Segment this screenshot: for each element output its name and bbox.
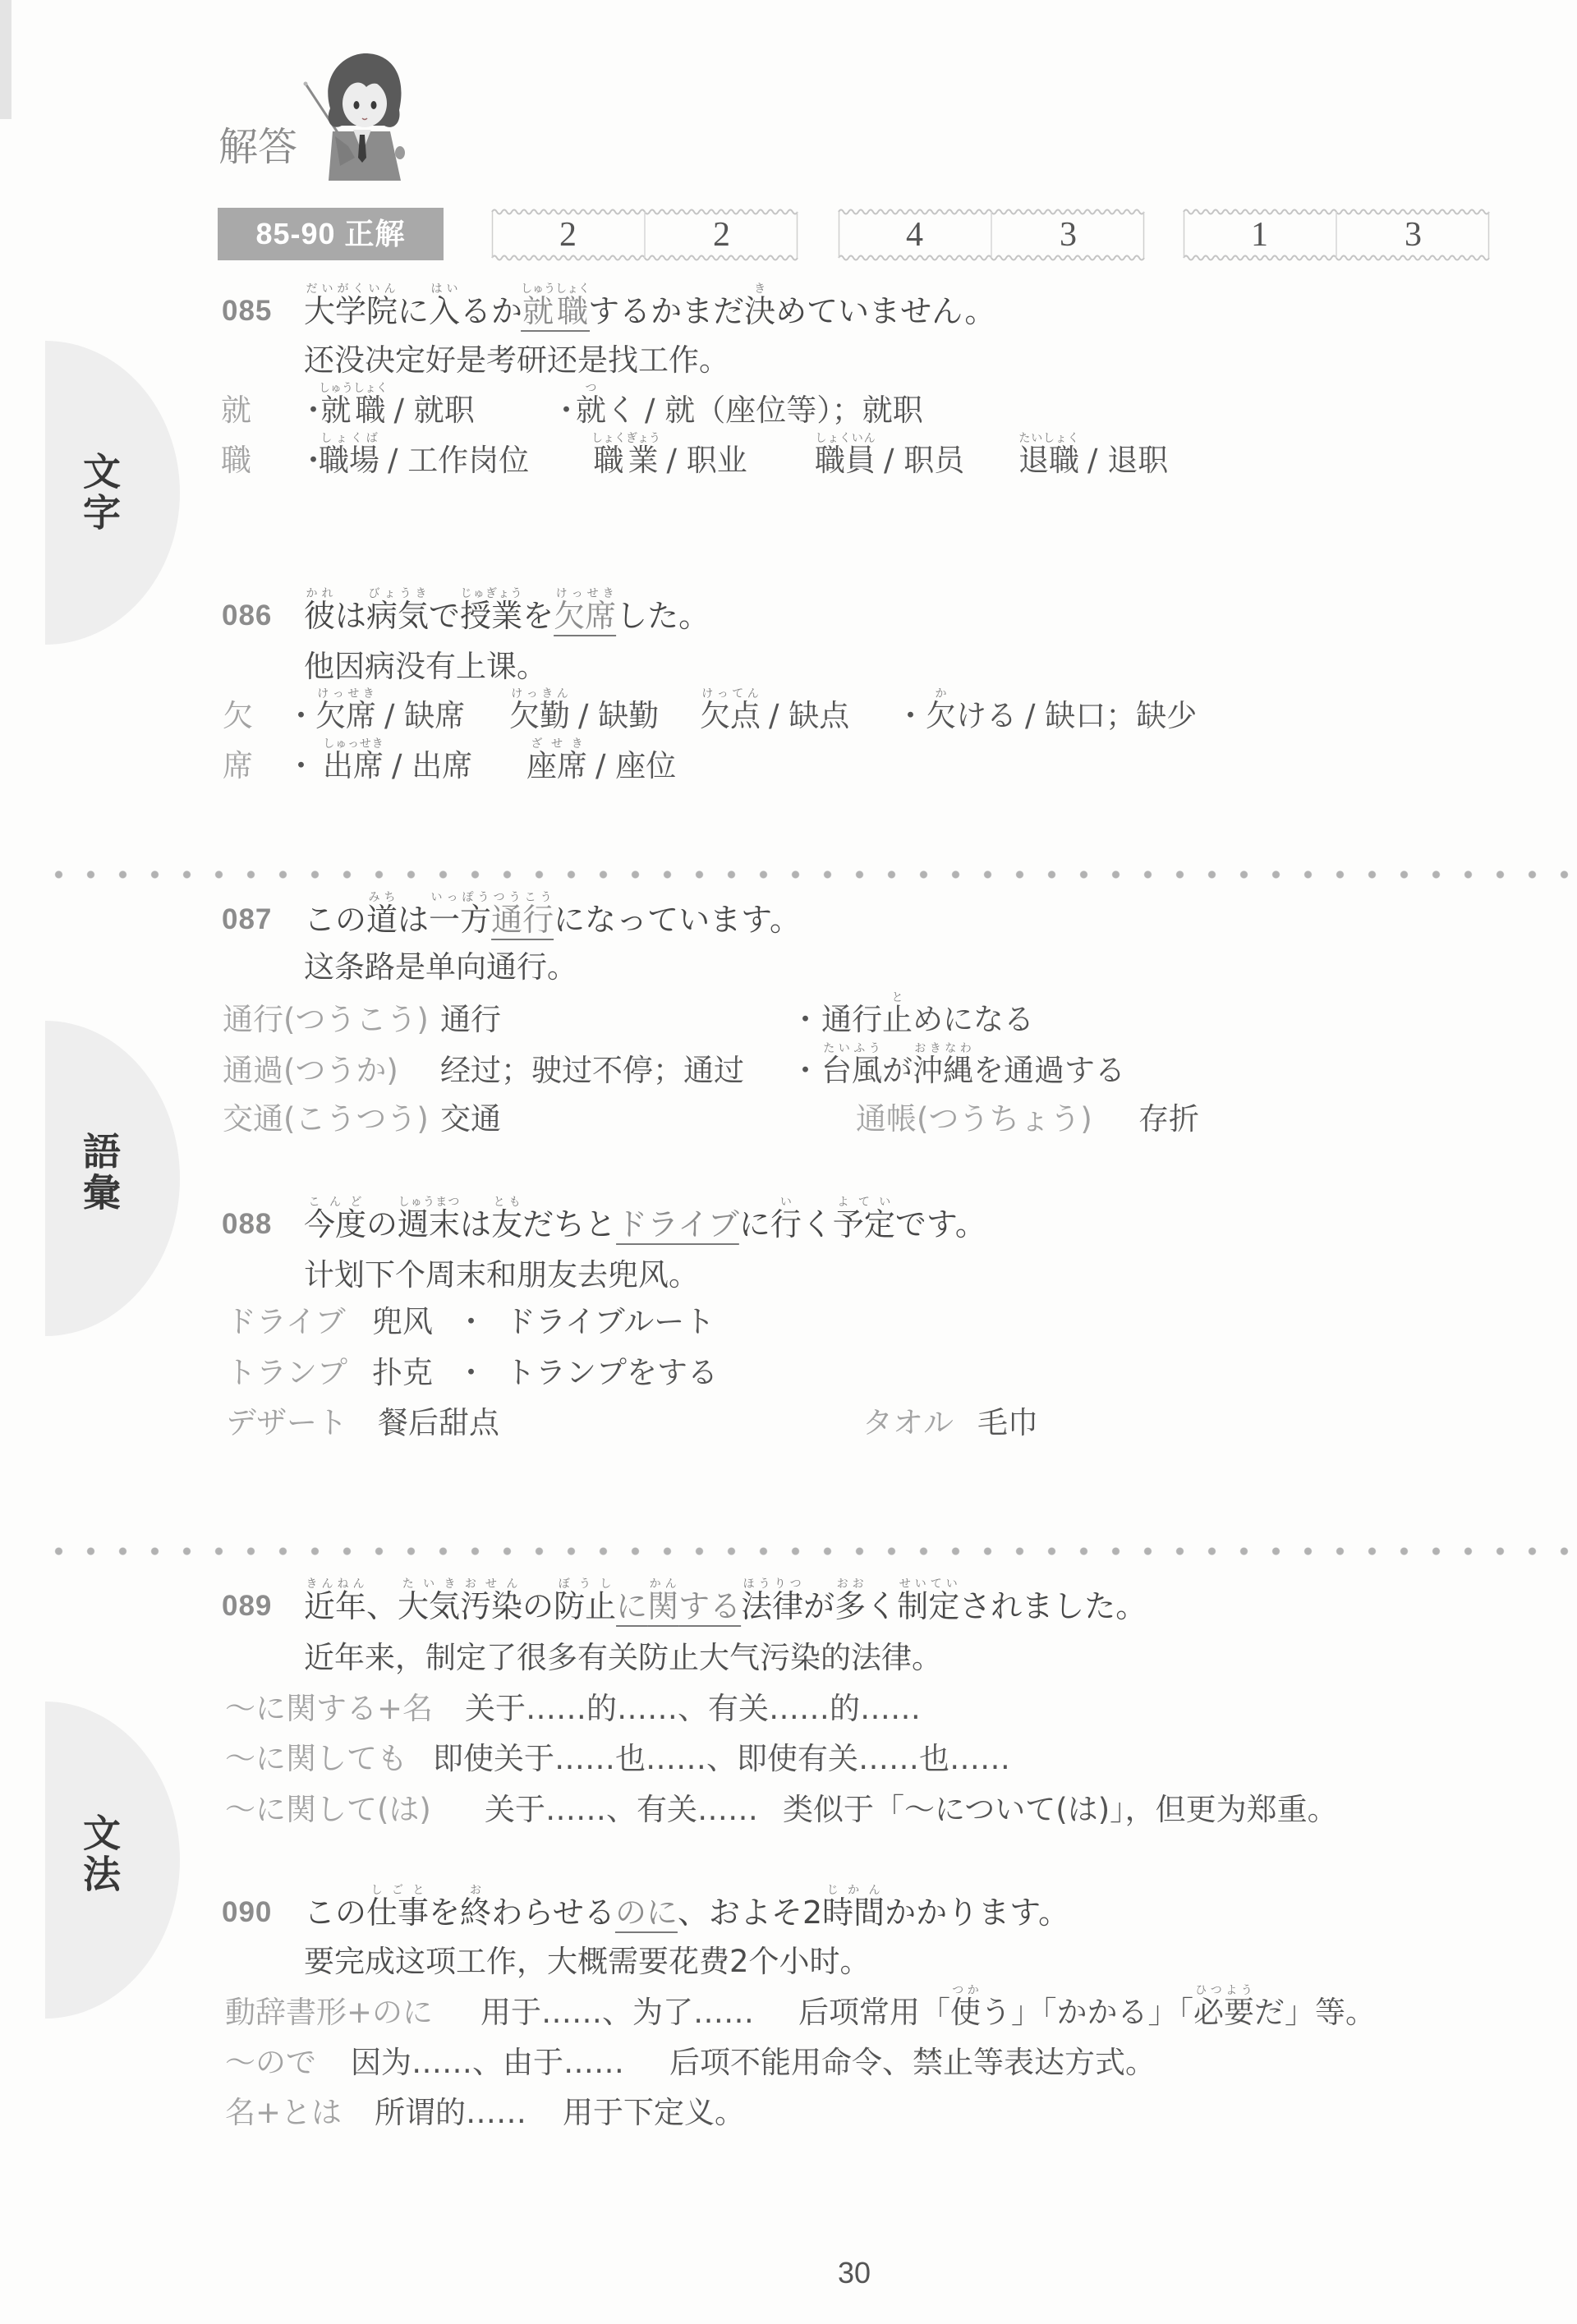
ruby-word: 週末しゅうまつ bbox=[398, 1206, 460, 1242]
target-word: 欠席 bbox=[554, 598, 616, 634]
furigana: しゅっせき bbox=[323, 737, 384, 751]
page-number: 30 bbox=[838, 2254, 871, 2292]
word-text: 終 bbox=[460, 1895, 491, 1931]
ruby-word: 仕事しごと bbox=[366, 1895, 429, 1931]
furigana: けっせき bbox=[554, 587, 616, 600]
furigana: しゅうまつ bbox=[398, 1196, 460, 1209]
word-text: 仕事 bbox=[366, 1895, 429, 1931]
vocab-item: 出席しゅっせき/ 出席 bbox=[323, 735, 472, 797]
vocab-item: 職業しょくぎょう/ 职业 bbox=[591, 429, 747, 492]
word-text: 止 bbox=[882, 1002, 913, 1037]
text: 后项常用「 bbox=[798, 1995, 950, 2030]
furigana: かれ bbox=[304, 587, 335, 600]
ruby-word: 時間じかん bbox=[822, 1895, 885, 1931]
word-text: 行 bbox=[770, 1206, 802, 1242]
word-text: 防止 bbox=[554, 1588, 616, 1624]
furigana: たいしょく bbox=[1018, 432, 1079, 445]
grammar-remark: 用于下定义。 bbox=[563, 2082, 745, 2144]
vocab-word: 職員しょくいん bbox=[815, 443, 876, 478]
ruby-word: 使つか bbox=[950, 1995, 981, 2030]
word-text: 使 bbox=[950, 1995, 981, 2030]
text: で bbox=[429, 598, 460, 634]
word-text: 時間 bbox=[822, 1895, 885, 1931]
ruby-word: 防止ぼうし bbox=[554, 1588, 616, 1624]
question-number: 087 bbox=[222, 889, 272, 951]
vocab-word: 就つ bbox=[576, 393, 606, 428]
furigana: つか bbox=[950, 1984, 981, 1997]
furigana: だいがくいん bbox=[304, 282, 398, 296]
question-number: 088 bbox=[222, 1193, 272, 1256]
bullet: ・ bbox=[286, 735, 316, 797]
furigana: よてい bbox=[833, 1196, 895, 1209]
furigana: つ bbox=[576, 382, 606, 395]
ruby-word: 行い bbox=[770, 1206, 802, 1242]
ruby-word: 友とも bbox=[491, 1206, 522, 1242]
text: だちと bbox=[522, 1206, 616, 1242]
target-word: する bbox=[678, 1588, 741, 1624]
vocab-word: 職業しょくぎょう bbox=[591, 443, 659, 478]
furigana: かん bbox=[647, 1578, 678, 1591]
answer-group-1: 2 2 bbox=[491, 208, 798, 262]
ruby-word: 病気びょうき bbox=[366, 598, 429, 634]
text: は bbox=[398, 902, 429, 938]
vocab-row: 席 ・ 出席しゅっせき/ 出席 座席ざせき/ 座位 bbox=[0, 735, 1577, 797]
vocab-gloss: / 职业 bbox=[667, 443, 747, 478]
vocab-word: 職場しょくば bbox=[319, 443, 379, 478]
furigana: い bbox=[770, 1196, 802, 1209]
word-text: 制定 bbox=[897, 1588, 959, 1624]
text: 、およそ2 bbox=[678, 1895, 822, 1931]
word-text: 授業 bbox=[460, 598, 522, 634]
ruby-word: 止と bbox=[882, 1002, 913, 1037]
text: るか bbox=[460, 293, 522, 329]
text: めになる bbox=[913, 1002, 1034, 1037]
word-text: 座席 bbox=[526, 748, 587, 783]
text: は bbox=[460, 1206, 491, 1242]
word-text: 就職 bbox=[319, 393, 388, 428]
furigana: きんねん bbox=[304, 1578, 366, 1591]
vocab-meaning: 餐后甜点 bbox=[378, 1392, 499, 1454]
vocab-word: 就職しゅうしょく bbox=[319, 393, 386, 428]
text: この bbox=[304, 902, 366, 938]
furigana: はい bbox=[429, 282, 460, 296]
vocab-gloss: / 退职 bbox=[1087, 443, 1168, 478]
text: の bbox=[522, 1588, 554, 1624]
furigana: けってん bbox=[700, 687, 761, 700]
grammar-row: ～に関して(は) 关于……、有关…… 类似于「～について(は)」，但更为郑重。 bbox=[0, 1779, 1577, 1841]
target-word: 通行 bbox=[491, 902, 554, 938]
word-text: 職場 bbox=[319, 443, 379, 478]
ruby-word: 通行つうこう bbox=[491, 902, 554, 938]
text: した。 bbox=[616, 598, 710, 634]
text: だ」等。 bbox=[1254, 1995, 1376, 2030]
grammar-meaning: 关于……、有关…… bbox=[485, 1779, 758, 1841]
ruby-word: 近年きんねん bbox=[304, 1588, 366, 1624]
text: この bbox=[304, 1895, 366, 1931]
vocab-row: 交通(こうつう) 交通 通帳(つうちょう) 存折 bbox=[0, 1088, 1577, 1151]
dotted-divider bbox=[43, 1547, 1577, 1555]
word-text: 大気汚染 bbox=[398, 1588, 522, 1624]
word-text: 欠 bbox=[926, 698, 956, 733]
vocab-meaning: 存折 bbox=[1138, 1088, 1199, 1151]
furigana: じゅぎょう bbox=[460, 587, 522, 600]
ruby-word: 必要ひつよう bbox=[1193, 1995, 1254, 2030]
text: かかります。 bbox=[885, 1895, 1069, 1931]
question-number: 089 bbox=[222, 1575, 272, 1637]
vocab-word: 退職たいしょく bbox=[1018, 443, 1079, 478]
answer-087: 4 bbox=[838, 208, 991, 262]
furigana: と bbox=[882, 991, 913, 1004]
furigana: けっせき bbox=[315, 687, 376, 700]
vocab-row: 職 ・ 職場しょくば/ 工作岗位 職業しょくぎょう/ 职业 職員しょくいん/ 职… bbox=[0, 429, 1577, 492]
text: めていません。 bbox=[775, 293, 995, 329]
ruby-word: 欠席けっせき bbox=[554, 598, 616, 634]
word-text: 大学院 bbox=[304, 293, 398, 329]
furigana: じかん bbox=[822, 1884, 885, 1897]
word-text: 必要 bbox=[1193, 1995, 1254, 2030]
answer-090: 3 bbox=[1336, 208, 1490, 262]
kanji-head: 席 bbox=[223, 735, 253, 797]
text: が bbox=[803, 1588, 834, 1624]
furigana: ざせき bbox=[526, 737, 587, 751]
word-text: 週末 bbox=[398, 1206, 460, 1242]
text: に bbox=[398, 293, 429, 329]
question-number: 086 bbox=[222, 585, 272, 647]
word-text: 沖縄 bbox=[913, 1053, 973, 1088]
ruby-word: 今度こんど bbox=[304, 1206, 366, 1242]
ruby-word: 法律ほうりつ bbox=[741, 1588, 803, 1624]
page-title: 解答 bbox=[218, 123, 297, 172]
text: 通行 bbox=[821, 1002, 882, 1037]
vocab-gloss: / 缺勤 bbox=[578, 698, 659, 733]
okurigana: ける bbox=[956, 698, 1017, 733]
furigana: ぼうし bbox=[554, 1578, 616, 1591]
word-text: 法律 bbox=[741, 1588, 803, 1624]
vocab-word: 座席ざせき bbox=[526, 748, 587, 783]
text: わらせる bbox=[491, 1895, 615, 1931]
text: の bbox=[366, 1206, 398, 1242]
answer-group-2: 4 3 bbox=[838, 208, 1145, 262]
question-number: 085 bbox=[222, 280, 272, 342]
page-edge-bar bbox=[0, 0, 11, 119]
text: 、 bbox=[366, 1588, 398, 1624]
vocab-word: 欠か bbox=[926, 698, 956, 733]
grammar-pattern: ～に関して(は) bbox=[225, 1779, 431, 1841]
furigana: しゅうしょく bbox=[521, 282, 590, 296]
ruby-word: 入はい bbox=[429, 293, 460, 329]
vocab-word: 欠席けっせき bbox=[315, 698, 376, 733]
ruby-word: 大学院だいがくいん bbox=[304, 293, 398, 329]
text: するかまだ bbox=[588, 293, 744, 329]
furigana: とも bbox=[491, 1196, 522, 1209]
text: を bbox=[429, 1895, 460, 1931]
ruby-word: 彼かれ bbox=[304, 598, 335, 634]
text: に bbox=[739, 1206, 770, 1242]
ruby-word: 授業じゅぎょう bbox=[460, 598, 522, 634]
word-text: 決 bbox=[744, 293, 775, 329]
answer-088: 3 bbox=[991, 208, 1145, 262]
vocab-term: タオル bbox=[862, 1392, 954, 1454]
furigana: き bbox=[744, 282, 775, 296]
teacher-mascot-icon bbox=[296, 49, 419, 188]
furigana: ひつよう bbox=[1193, 1984, 1254, 1997]
word-text: 道 bbox=[366, 902, 398, 938]
ruby-word: 台風たいふう bbox=[821, 1053, 882, 1088]
ruby-word: 道みち bbox=[366, 902, 398, 938]
vocab-gloss: / 就（座位等）；就职 bbox=[645, 393, 923, 428]
furigana: たいきおせん bbox=[398, 1578, 522, 1591]
word-text: 入 bbox=[429, 293, 460, 329]
furigana: たいふう bbox=[821, 1042, 882, 1055]
ruby-word: 制定せいてい bbox=[897, 1588, 959, 1624]
vocab-term: デザート bbox=[226, 1392, 347, 1454]
word-text: 多 bbox=[834, 1588, 866, 1624]
word-text: 欠席 bbox=[315, 698, 376, 733]
word-text: 友 bbox=[491, 1206, 522, 1242]
ruby-word: 決き bbox=[744, 293, 775, 329]
ruby-word: 大気汚染たいきおせん bbox=[398, 1588, 522, 1624]
vocab-word: 出席しゅっせき bbox=[323, 748, 384, 783]
furigana: けっきん bbox=[509, 687, 570, 700]
ruby-word: 終お bbox=[460, 1895, 491, 1931]
vocab-item: 職員しょくいん/ 职员 bbox=[815, 429, 964, 492]
answer-089: 1 bbox=[1183, 208, 1336, 262]
furigana: おお bbox=[834, 1578, 866, 1591]
word-text: 病気 bbox=[366, 598, 429, 634]
furigana: お bbox=[460, 1884, 491, 1897]
ruby-word: 関かん bbox=[647, 1588, 678, 1624]
word-text: 職業 bbox=[591, 443, 660, 478]
target-word: ドライブ bbox=[616, 1206, 739, 1242]
text: されました。 bbox=[959, 1588, 1147, 1624]
vocab-gloss: / 职员 bbox=[884, 443, 964, 478]
word-text: 欠点 bbox=[700, 698, 761, 733]
furigana: か bbox=[926, 687, 956, 700]
text: く bbox=[866, 1588, 897, 1624]
target-word: に bbox=[616, 1588, 647, 1624]
word-text: 台風 bbox=[821, 1053, 882, 1088]
dotted-divider bbox=[43, 870, 1577, 879]
word-text: 職員 bbox=[815, 443, 876, 478]
furigana: いっぽう bbox=[429, 891, 491, 904]
target-word: 就職 bbox=[521, 293, 590, 329]
kanji-head: 職 bbox=[221, 429, 251, 492]
vocab-row: デザート 餐后甜点 タオル 毛巾 bbox=[0, 1392, 1577, 1454]
furigana: びょうき bbox=[366, 587, 429, 600]
text: です。 bbox=[895, 1206, 986, 1242]
word-text: 一方 bbox=[429, 902, 491, 938]
word-text: 彼 bbox=[304, 598, 335, 634]
vocab-item: 座席ざせき/ 座位 bbox=[526, 735, 676, 797]
ruby-word: 一方いっぽう bbox=[429, 902, 491, 938]
ruby-word: 多おお bbox=[834, 1588, 866, 1624]
vocab-gloss: / 缺口；缺少 bbox=[1025, 698, 1197, 733]
furigana: せいてい bbox=[897, 1578, 959, 1591]
answer-key-label: 85-90 正解 bbox=[218, 208, 444, 260]
word-text: 退職 bbox=[1018, 443, 1079, 478]
ruby-word: 予定よてい bbox=[833, 1206, 895, 1242]
vocab-word: 欠勤けっきん bbox=[509, 698, 570, 733]
answer-group-3: 1 3 bbox=[1183, 208, 1490, 262]
furigana: つうこう bbox=[491, 891, 554, 904]
furigana: しょくいん bbox=[815, 432, 876, 445]
text: く bbox=[802, 1206, 833, 1242]
furigana: おきなわ bbox=[913, 1042, 973, 1055]
vocab-item: 退職たいしょく/ 退职 bbox=[1018, 429, 1168, 492]
word-text: 欠勤 bbox=[509, 698, 570, 733]
vocab-gloss: / 缺点 bbox=[769, 698, 849, 733]
vocab-word: 欠点けってん bbox=[700, 698, 761, 733]
furigana: しごと bbox=[366, 1884, 429, 1897]
text: う」「かかる」「 bbox=[981, 1995, 1193, 2030]
vocab-meaning: 交通 bbox=[440, 1088, 501, 1151]
grammar-row: 名+とは 所谓的…… 用于下定义。 bbox=[0, 2082, 1577, 2144]
ruby-word: 沖縄おきなわ bbox=[913, 1053, 973, 1088]
vocab-gloss: / 座位 bbox=[595, 748, 676, 783]
furigana: みち bbox=[366, 891, 398, 904]
text: になっています。 bbox=[554, 902, 801, 938]
furigana: しゅうしょく bbox=[319, 382, 388, 395]
vocab-term: 交通(こうつう) bbox=[223, 1088, 429, 1151]
okurigana: く bbox=[606, 393, 637, 428]
furigana: ほうりつ bbox=[741, 1578, 803, 1591]
vocab-gloss: / 缺席 bbox=[384, 698, 465, 733]
text: を通過する bbox=[973, 1053, 1125, 1088]
furigana: こんど bbox=[304, 1196, 366, 1209]
answer-085: 2 bbox=[491, 208, 645, 262]
vocab-term: 通帳(つうちょう) bbox=[856, 1088, 1092, 1151]
word-text: 近年 bbox=[304, 1588, 366, 1624]
target-word: 関 bbox=[647, 1588, 678, 1624]
ruby-word: 就職しゅうしょく bbox=[522, 293, 588, 329]
word-text: 予定 bbox=[833, 1206, 895, 1242]
vocab-item: 職場しょくば/ 工作岗位 bbox=[319, 429, 529, 492]
word-text: 就 bbox=[576, 393, 606, 428]
text: は bbox=[335, 598, 366, 634]
text: を bbox=[522, 598, 554, 634]
question-number: 090 bbox=[222, 1881, 272, 1944]
word-text: 出席 bbox=[323, 748, 384, 783]
answer-086: 2 bbox=[645, 208, 798, 262]
vocab-gloss: / 出席 bbox=[392, 748, 472, 783]
vocab-meaning: 毛巾 bbox=[977, 1392, 1038, 1454]
word-text: 今度 bbox=[304, 1206, 366, 1242]
furigana: しょくば bbox=[319, 432, 379, 445]
vocab-gloss: / 就职 bbox=[394, 393, 475, 428]
furigana: しょくぎょう bbox=[591, 432, 660, 445]
vocab-gloss: / 工作岗位 bbox=[388, 443, 529, 478]
grammar-meaning: 所谓的…… bbox=[375, 2082, 526, 2144]
grammar-pattern: 名+とは bbox=[225, 2082, 342, 2144]
text: が bbox=[882, 1053, 913, 1088]
target-word: のに bbox=[615, 1895, 678, 1931]
grammar-remark: 类似于「～について(は)」，但更为郑重。 bbox=[783, 1779, 1338, 1841]
